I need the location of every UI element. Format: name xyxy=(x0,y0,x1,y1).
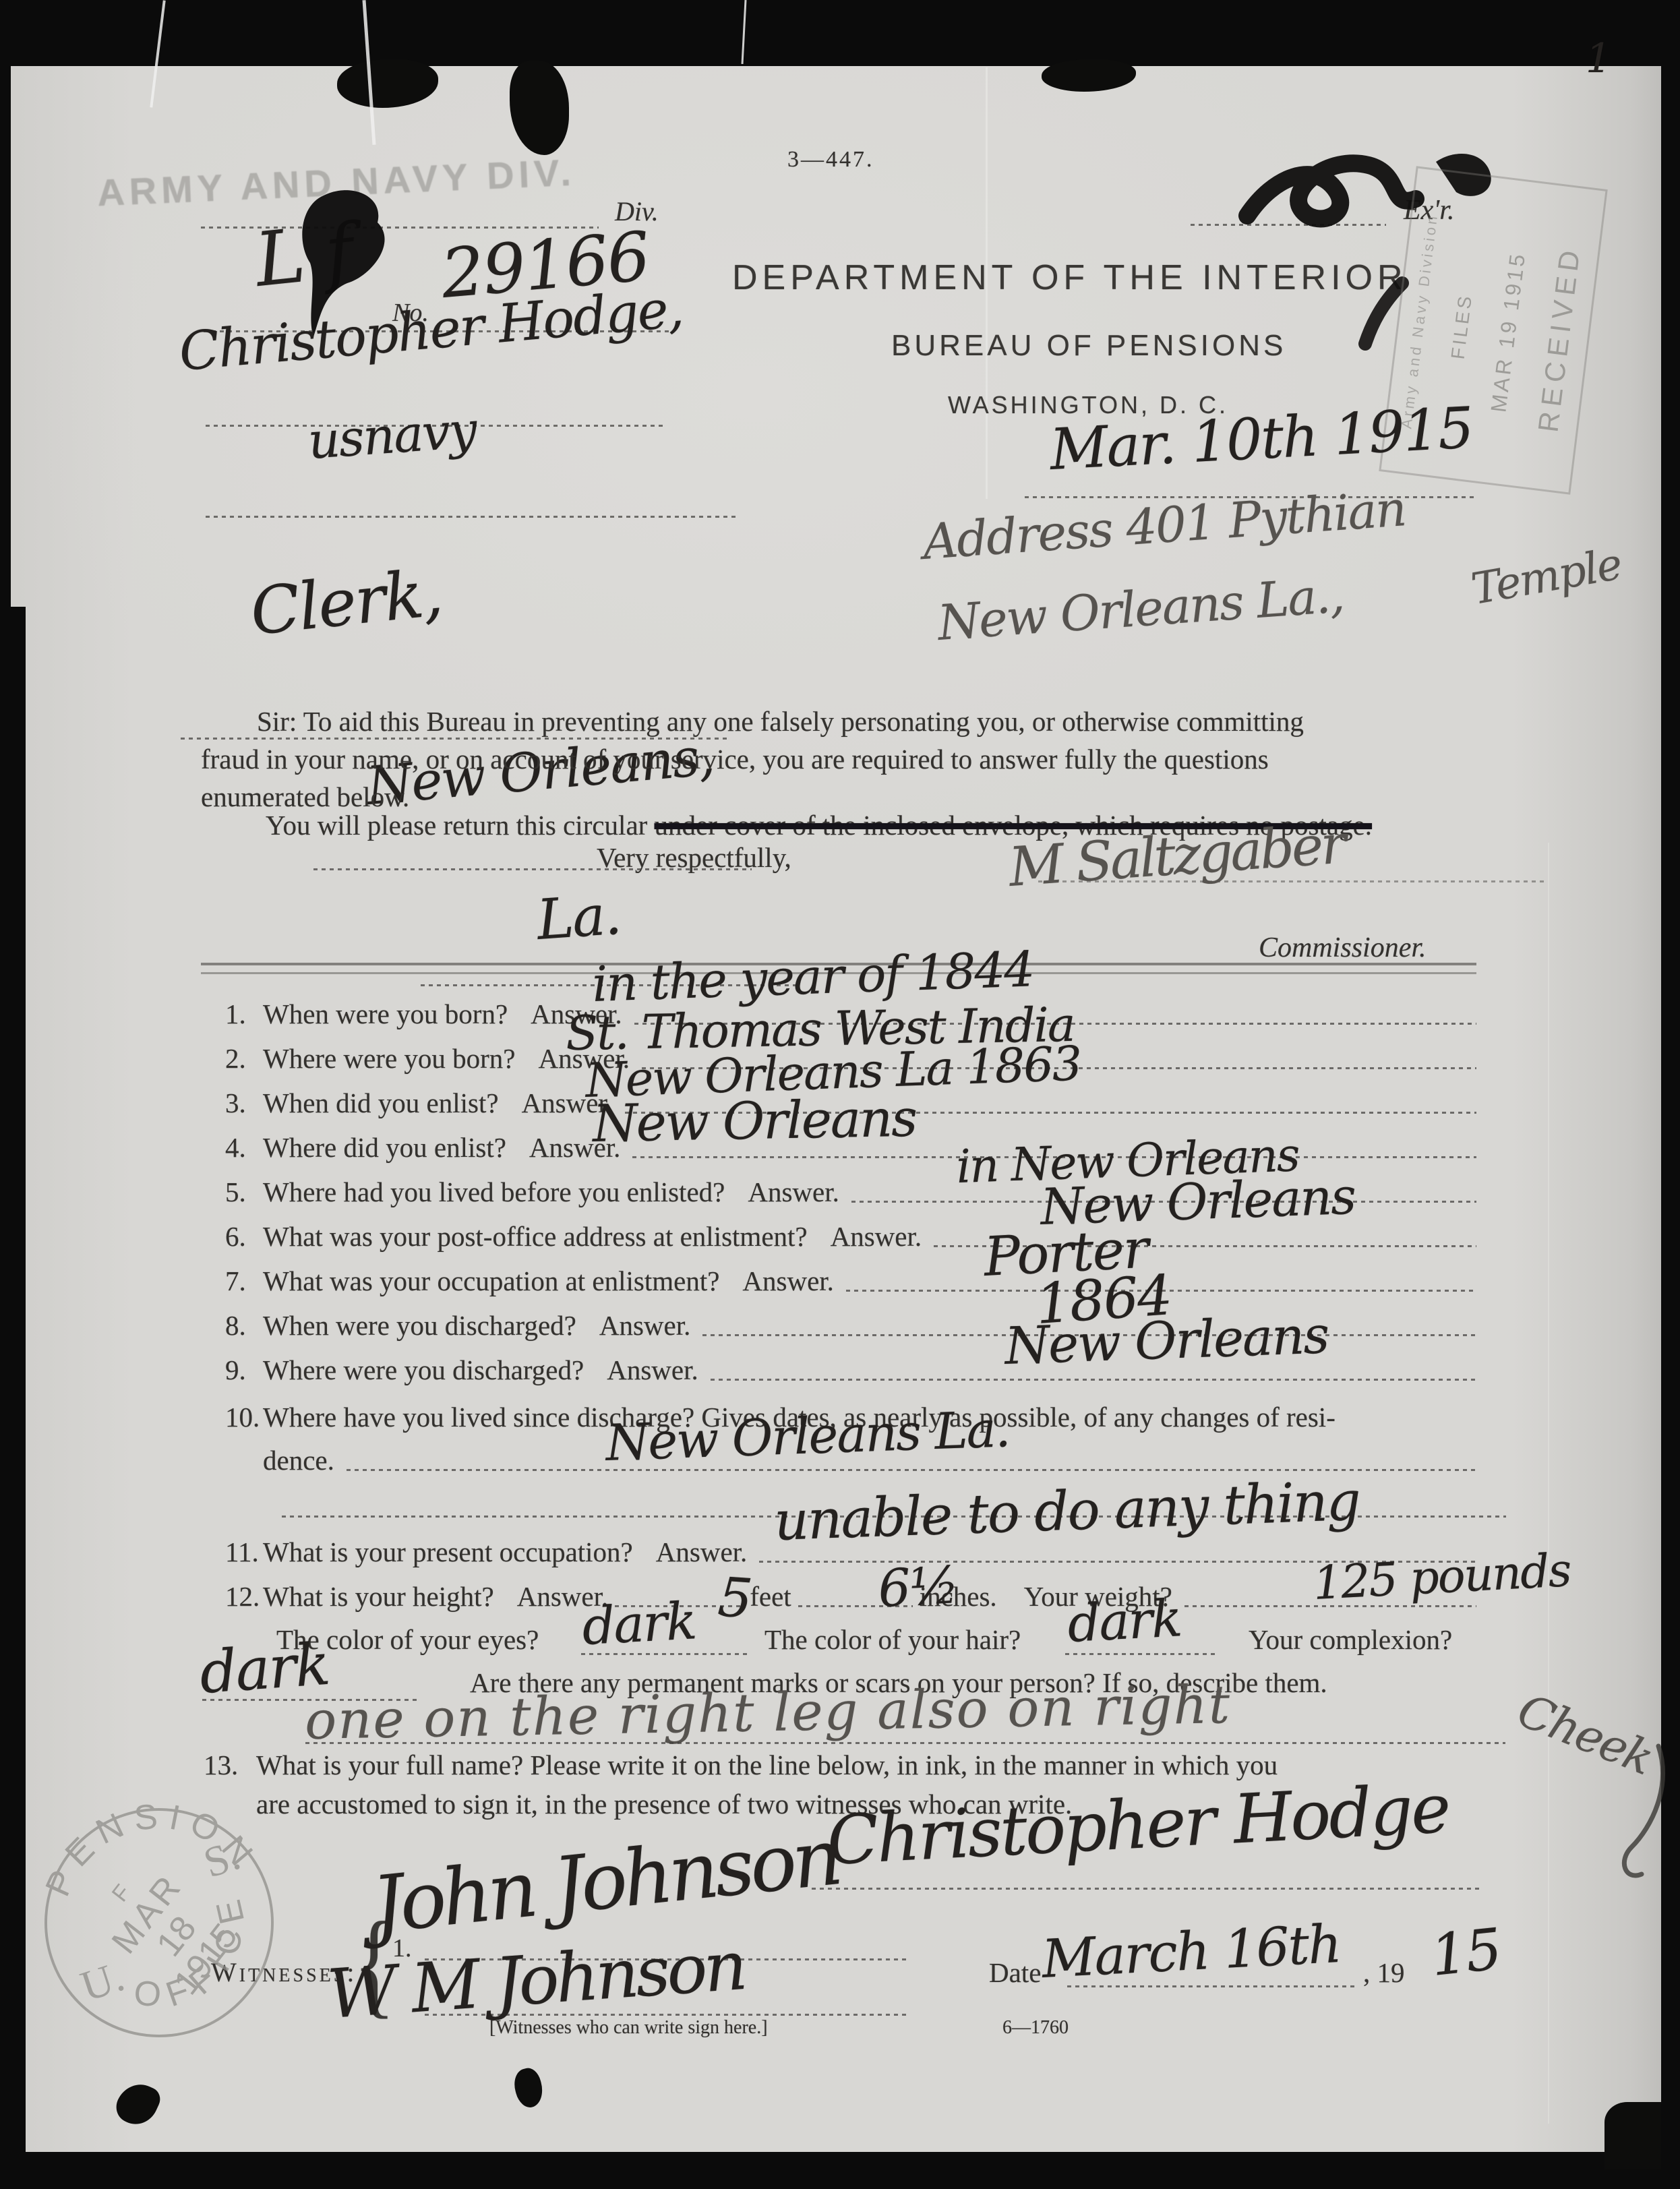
addressee-state-handwriting: La. xyxy=(535,883,622,953)
bureau-title: BUREAU OF PENSIONS xyxy=(891,329,1286,363)
hair-question: The color of your hair? xyxy=(764,1623,1021,1656)
answer-4-handwriting: New Orleans xyxy=(592,1088,916,1153)
addressee-name-handwriting: Christopher Hodge, xyxy=(177,278,685,383)
question-number: 1. xyxy=(225,998,263,1030)
height-feet-handwriting: 5 xyxy=(716,1565,753,1630)
height-inches-handwriting: 6½ xyxy=(876,1555,959,1619)
answer-label: Answer. xyxy=(748,1176,839,1208)
question-text: When were you born? xyxy=(263,998,508,1030)
question-number: 6. xyxy=(225,1220,263,1253)
question-number: 2. xyxy=(225,1042,263,1075)
question-text: What was your post-office address at enl… xyxy=(263,1220,808,1253)
question-number: 3. xyxy=(225,1087,263,1119)
marks-answer-handwriting: one on the right leg also on right xyxy=(304,1675,1231,1751)
return-notice-prefix: You will please return this circular xyxy=(266,810,655,841)
addressee-service-handwriting: usnavy xyxy=(306,401,477,471)
received-stamp-line: RECEIVED xyxy=(1532,243,1587,433)
date-printed-year: , 19 xyxy=(1363,1956,1405,1989)
claimant-signature-handwriting: Christopher Hodge xyxy=(825,1769,1451,1880)
question-text: Where were you born? xyxy=(263,1042,516,1075)
answer-label: Answer. xyxy=(831,1220,922,1253)
film-blob xyxy=(510,61,569,155)
question-number: 5. xyxy=(225,1176,263,1208)
form-code: 6—1760 xyxy=(1002,2017,1069,2039)
question-number: 10. xyxy=(225,1401,263,1433)
film-scratch xyxy=(1548,843,1549,2124)
question-text: What was your occupation at enlistment? xyxy=(263,1265,719,1297)
film-blob xyxy=(337,59,438,108)
sir-paragraph-line3: enumerated below. xyxy=(201,781,409,813)
ink-flourish xyxy=(1604,1739,1679,1888)
date-handwriting: March 16th xyxy=(1040,1914,1342,1990)
date-label: Date xyxy=(989,1956,1041,1989)
film-border-bottom xyxy=(0,2152,1680,2189)
answer-line xyxy=(711,1379,1476,1381)
film-border-left-wide xyxy=(0,607,26,2189)
film-blob xyxy=(1042,59,1136,92)
dept-title: DEPARTMENT OF THE INTERIOR xyxy=(732,258,1408,298)
date-year-handwriting: 15 xyxy=(1428,1916,1504,1989)
question-text: Where did you enlist? xyxy=(263,1131,506,1164)
question-number: 7. xyxy=(225,1265,263,1297)
commissioner-label: Commissioner. xyxy=(1259,932,1427,964)
question-number: 11. xyxy=(225,1536,263,1568)
corner-mark-handwriting: 1 xyxy=(1586,35,1610,82)
answer-label: Answer. xyxy=(656,1536,748,1568)
question-text: Where were you discharged? xyxy=(263,1354,584,1386)
question-text-2: dence. xyxy=(263,1444,334,1476)
hair-answer-line xyxy=(1065,1653,1217,1655)
question-number: 12. xyxy=(225,1580,263,1613)
received-stamp-line: MAR 19 1915 xyxy=(1486,250,1530,413)
form-number: 3—447. xyxy=(787,147,874,173)
address-handwriting-1: Address 401 Pythian xyxy=(921,480,1407,570)
document-page: ARMY AND NAVY DIV. Div. L f No. 29166 3—… xyxy=(0,0,1680,2189)
question-text: What is your present occupation? xyxy=(263,1536,633,1568)
sir-paragraph-line2: fraud in your name, or on account of you… xyxy=(201,743,1269,775)
eyes-answer-handwriting: dark xyxy=(580,1590,697,1656)
question-text: What is your full name? Please write it … xyxy=(256,1749,1278,1781)
question-text: What is your height? xyxy=(263,1580,494,1613)
answer-label: Answer. xyxy=(599,1309,691,1342)
question-row-12: 12. What is your height? Answer. feet in… xyxy=(225,1579,1476,1613)
question-text: Where had you lived before you enlisted? xyxy=(263,1176,725,1208)
answer-label: Answer. xyxy=(742,1265,834,1297)
closing-text: Very respectfully, xyxy=(597,841,791,874)
addressee-occupation-handwriting: Clerk, xyxy=(247,555,445,650)
hair-answer-handwriting: dark xyxy=(1066,1588,1182,1654)
feet-label: feet xyxy=(750,1580,791,1613)
question-number: 8. xyxy=(225,1309,263,1342)
pension-stamp-left: U. xyxy=(75,1952,129,2010)
film-border-top xyxy=(0,0,1680,66)
question-number: 4. xyxy=(225,1131,263,1164)
answer-9-handwriting: New Orleans xyxy=(1004,1305,1329,1376)
sir-paragraph-line1: Sir: To aid this Bureau in preventing an… xyxy=(257,705,1304,738)
complexion-question: Your complexion? xyxy=(1249,1623,1452,1656)
question-number: 9. xyxy=(225,1354,263,1386)
signature-line xyxy=(812,1888,1479,1890)
received-stamp-line: FILES xyxy=(1447,293,1477,361)
question-text: When were you discharged? xyxy=(263,1309,576,1342)
witness-1-signature-handwriting: John Johnson xyxy=(368,1812,843,1951)
answer-label: Answer. xyxy=(607,1354,698,1386)
question-row-7: 7. What was your occupation at enlistmen… xyxy=(225,1263,1476,1297)
address-handwriting-2: Temple xyxy=(1468,539,1625,615)
ink-spot xyxy=(510,2066,547,2110)
question-text: When did you enlist? xyxy=(263,1087,499,1119)
ink-spot xyxy=(111,2077,164,2132)
address-handwriting-3: New Orleans La., xyxy=(936,566,1345,651)
marks-answer-line xyxy=(305,1742,1505,1744)
addressee-line-2 xyxy=(206,516,738,518)
witness-sign-caption: [Witnesses who can write sign here.] xyxy=(489,2017,768,2039)
